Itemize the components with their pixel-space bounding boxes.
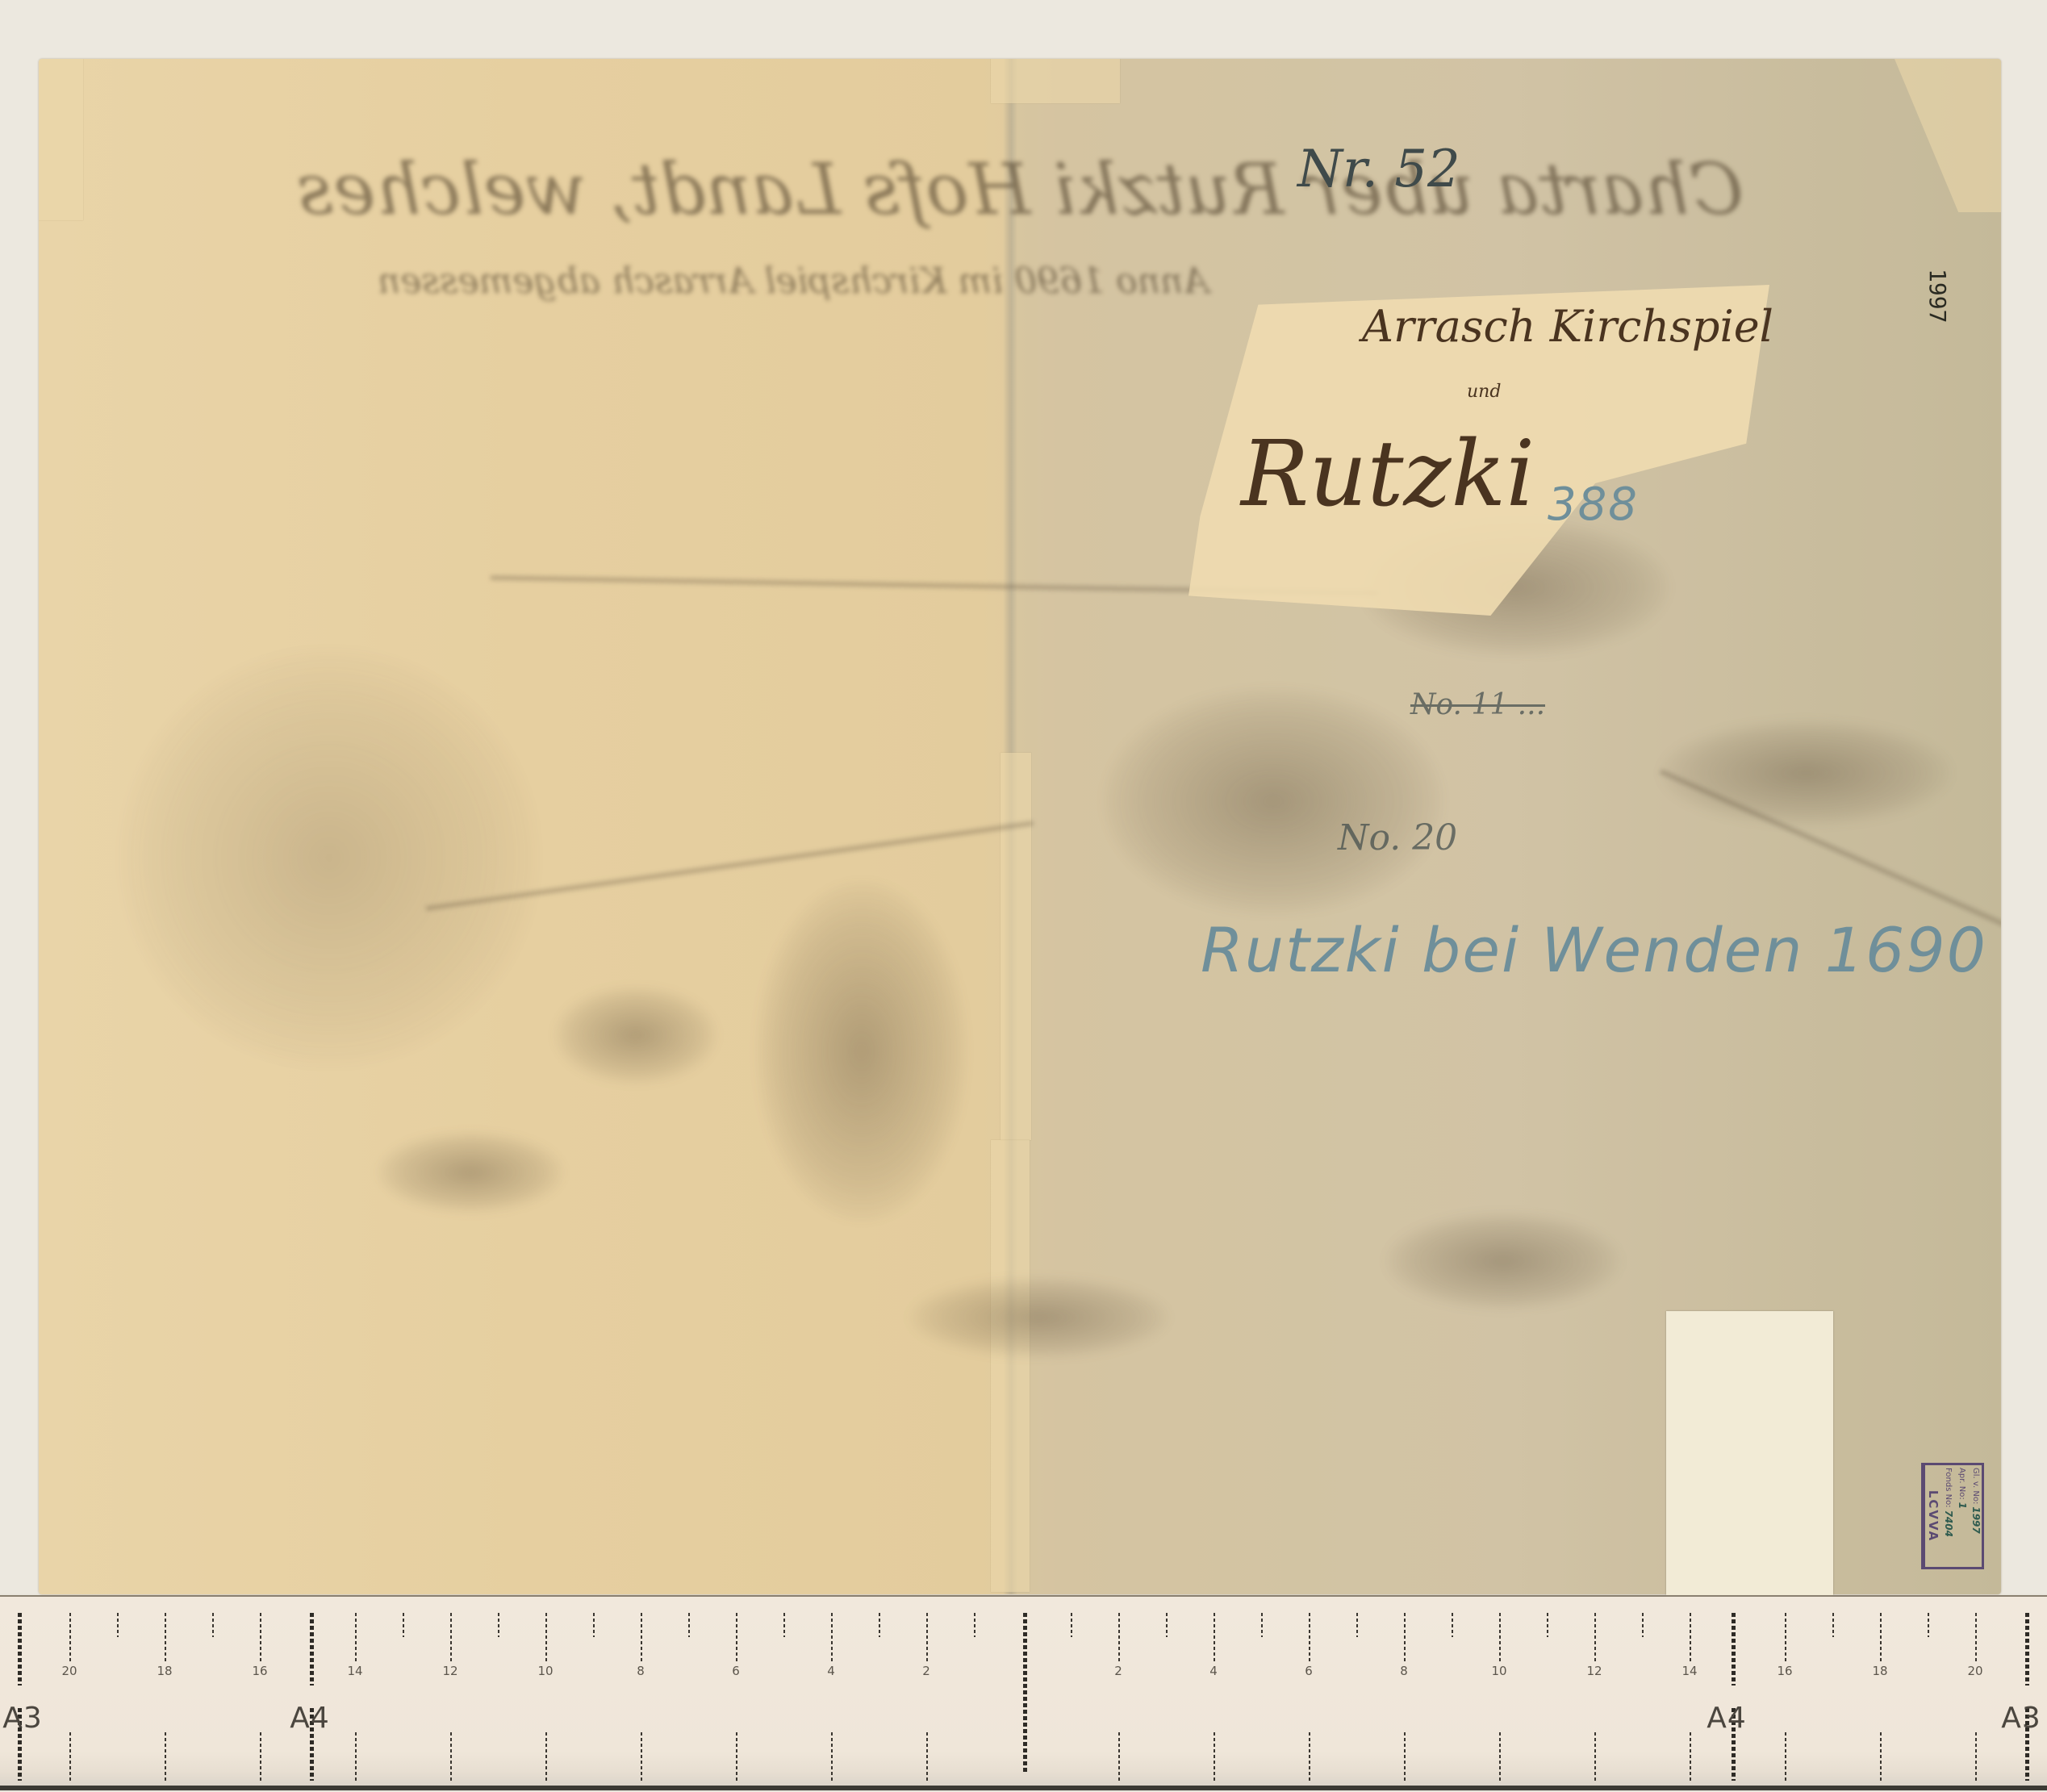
archive-stamp: LCVVA Fonds No: 7404 Apr. No: 1 Gl. v. N… <box>1921 1463 1984 1569</box>
label-line-arrasch: Arrasch Kirchspiel <box>1362 301 1773 352</box>
ruler-bottom-tick <box>831 1732 833 1781</box>
stamp-title: LCVVA <box>1924 1465 1941 1567</box>
ruler-bottom-edge <box>0 1786 2047 1790</box>
stamp-row-fonds: Fonds No: 7404 <box>1941 1465 1955 1567</box>
ruler-format-tick-a3-left <box>18 1613 22 1685</box>
ruler-bottom-tick <box>1404 1732 1406 1781</box>
ruler-label: 10 <box>537 1664 553 1678</box>
ruler-bottom-tick <box>1785 1732 1786 1781</box>
bleed-sketch-village <box>1104 688 1443 914</box>
ruler-bottom-tick <box>1975 1732 1977 1781</box>
ruler-bottom-tick <box>165 1732 166 1781</box>
ruler-label: 2 <box>1114 1664 1122 1678</box>
ruler-format-tick-a4-left <box>310 1613 314 1685</box>
ruler-bottom-tick <box>1690 1732 1691 1781</box>
ruler-label: 14 <box>1681 1664 1697 1678</box>
ruler-bottom-tick <box>1594 1732 1596 1781</box>
label-line-rutzki: Rutzki <box>1241 422 1535 527</box>
ruler-label: 4 <box>827 1664 835 1678</box>
bleed-through-title-line2: Anno 1690 im Kirchspiel Arrasch abgemess… <box>378 261 1209 302</box>
ruler-label: 16 <box>252 1664 267 1678</box>
ruler-bottom-tick <box>1214 1732 1215 1781</box>
ruler-minor-tick <box>783 1613 785 1637</box>
blank-paper-slip <box>1666 1311 1833 1595</box>
stamp-row-apr: Apr. No: 1 <box>1955 1465 1969 1567</box>
ruler-tick <box>1594 1613 1596 1661</box>
bleed-sketch-field <box>757 882 967 1221</box>
ruler-label: 6 <box>1305 1664 1313 1678</box>
ruler-format-label-a3-left: A3 <box>2 1702 43 1735</box>
ruler-minor-tick <box>498 1613 499 1637</box>
ruler-minor-tick <box>1261 1613 1263 1637</box>
ruler-tick <box>1785 1613 1786 1661</box>
stamp-value: 1 <box>1955 1502 1969 1509</box>
ruler-bottom-tick <box>450 1732 452 1781</box>
ruler-label: 8 <box>1400 1664 1408 1678</box>
ruler-bottom-tick <box>69 1732 71 1781</box>
bleed-sketch-text-block <box>119 648 539 1067</box>
ruler-tick <box>450 1613 452 1661</box>
ruler-bottom-tick <box>1880 1732 1882 1781</box>
ruler-label: 12 <box>442 1664 457 1678</box>
ruler-bottom-tick <box>1118 1732 1120 1781</box>
number-nr-52: Nr. 52 <box>1297 140 1460 199</box>
ruler-label: 14 <box>347 1664 362 1678</box>
stamp-value: 1997 <box>1969 1506 1982 1533</box>
ruler-minor-tick <box>212 1613 214 1637</box>
stamp-label: Gl. v. No: <box>1969 1468 1982 1504</box>
ruler-tick <box>165 1613 166 1661</box>
ruler-format-tick-center <box>1023 1613 1027 1774</box>
ruler-tick <box>1975 1613 1977 1661</box>
bleed-sketch-right-edge <box>1661 721 1951 825</box>
ruler-bottom-tick <box>736 1732 737 1781</box>
ruler-tick <box>1499 1613 1501 1661</box>
bleed-sketch-small-2 <box>1386 1213 1620 1310</box>
bleed-through-title-line1: Charta uber Rutzki Hofs Landt, welches <box>297 148 1744 231</box>
ruler-label: 18 <box>1872 1664 1887 1678</box>
ruler-minor-tick <box>593 1613 595 1637</box>
measurement-ruler: 20 18 16 14 12 10 8 6 4 2 2 4 6 8 10 12 … <box>0 1595 2047 1790</box>
ruler-tick <box>545 1613 547 1661</box>
number-crossed-out: No. 11 ... <box>1410 688 1545 721</box>
ruler-minor-tick <box>117 1613 119 1637</box>
ruler-format-label-a4-right: A4 <box>1707 1702 1747 1735</box>
ruler-label: 12 <box>1586 1664 1602 1678</box>
stamp-label: Fonds No: <box>1941 1468 1955 1508</box>
ruler-bottom-tick <box>1499 1732 1501 1781</box>
bleed-sketch-small-4 <box>910 1277 1168 1358</box>
stamp-label: Apr. No: <box>1955 1468 1969 1500</box>
catalog-number: 1997 <box>1924 269 1951 323</box>
ruler-bottom-tick <box>260 1732 261 1781</box>
tape-repair-top-left <box>39 59 83 220</box>
ruler-label: 10 <box>1491 1664 1506 1678</box>
ruler-label: 4 <box>1209 1664 1218 1678</box>
ruler-minor-tick <box>1452 1613 1453 1637</box>
tape-repair-middle-fold <box>1001 753 1031 1140</box>
ruler-tick <box>1214 1613 1215 1661</box>
ruler-minor-tick <box>974 1613 975 1637</box>
ruler-minor-tick <box>403 1613 404 1637</box>
catalog-number-text: 1997 <box>1924 269 1951 323</box>
ruler-minor-tick <box>688 1613 690 1637</box>
ruler-minor-tick <box>1547 1613 1548 1637</box>
ruler-minor-tick <box>1071 1613 1072 1637</box>
ruler-format-tick-a3-right <box>2025 1613 2029 1685</box>
ruler-label: 8 <box>637 1664 645 1678</box>
ruler-format-tick-a4-right <box>1732 1613 1736 1685</box>
ruler-bottom-tick <box>926 1732 928 1781</box>
ruler-tick <box>1690 1613 1691 1661</box>
bleed-sketch-small-1 <box>555 987 716 1084</box>
ruler-tick <box>1309 1613 1310 1661</box>
ruler-label: 20 <box>61 1664 77 1678</box>
ruler-tick <box>736 1613 737 1661</box>
ruler-tick <box>641 1613 642 1661</box>
ruler-bottom-tick <box>1309 1732 1310 1781</box>
ruler-tick <box>926 1613 928 1661</box>
ruler-label: 18 <box>157 1664 172 1678</box>
tape-repair-top-center <box>991 59 1120 103</box>
ruler-tick <box>1880 1613 1882 1661</box>
ruler-bottom-tick <box>545 1732 547 1781</box>
ruler-tick <box>260 1613 261 1661</box>
ruler-bottom-tick <box>355 1732 357 1781</box>
ruler-format-label-a4-left: A4 <box>290 1702 330 1735</box>
stamp-value: 7404 <box>1941 1510 1955 1537</box>
stamp-row-glv: Gl. v. No: 1997 <box>1969 1465 1982 1567</box>
ruler-format-label-a3-right: A3 <box>2001 1702 2041 1735</box>
ruler-label: 16 <box>1777 1664 1792 1678</box>
ruler-label: 2 <box>922 1664 930 1678</box>
ruler-tick <box>1404 1613 1406 1661</box>
blue-pencil-number-388: 388 <box>1548 478 1639 531</box>
label-line-und: und <box>1467 382 1501 402</box>
ruler-minor-tick <box>1642 1613 1644 1637</box>
number-no-20: No. 20 <box>1338 817 1457 858</box>
ruler-minor-tick <box>1166 1613 1168 1637</box>
ruler-minor-tick <box>1928 1613 1929 1637</box>
bleed-sketch-small-3 <box>378 1132 563 1213</box>
ruler-tick <box>69 1613 71 1661</box>
ruler-minor-tick <box>1356 1613 1358 1637</box>
ruler-tick <box>1118 1613 1120 1661</box>
ruler-label: 6 <box>732 1664 740 1678</box>
pencil-annotation-rutzki-bei-wenden: Rutzki bei Wenden 1690 <box>1201 914 1987 986</box>
ruler-tick <box>355 1613 357 1661</box>
tape-repair-lower-fold <box>991 1140 1030 1592</box>
ruler-minor-tick <box>1832 1613 1834 1637</box>
ruler-tick <box>831 1613 833 1661</box>
ruler-label: 20 <box>1967 1664 1982 1678</box>
ruler-minor-tick <box>879 1613 880 1637</box>
ruler-bottom-tick <box>641 1732 642 1781</box>
